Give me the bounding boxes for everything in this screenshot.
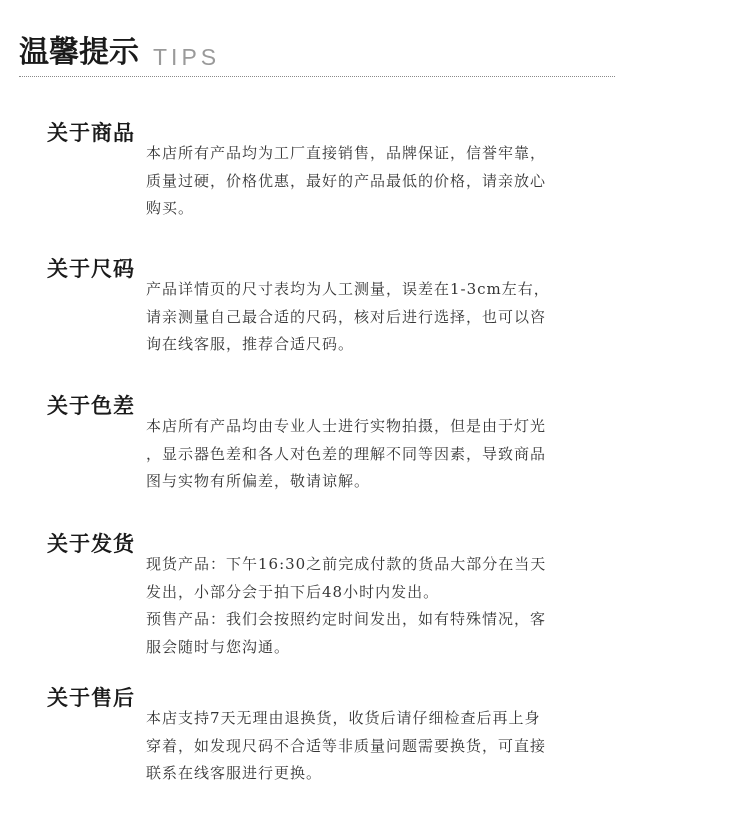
body-line: 询在线客服，推荐合适尺码。 bbox=[146, 331, 550, 359]
section-title: 关于尺码 bbox=[47, 257, 135, 281]
body-line: 现货产品：下午16:30之前完成付款的货品大部分在当天 bbox=[146, 551, 546, 579]
page-subtitle: TIPS bbox=[153, 44, 220, 70]
body-line: 穿着，如发现尺码不合适等非质量问题需要换货，可直接 bbox=[146, 733, 546, 761]
section-body: 本店所有产品均为工厂直接销售，品牌保证，信誉牢靠， 质量过硬，价格优惠，最好的产… bbox=[146, 140, 546, 223]
section-body: 产品详情页的尺寸表均为人工测量，误差在1-3cm左右， 请亲测量自己最合适的尺码… bbox=[146, 276, 550, 359]
body-line: 发出，小部分会于拍下后48小时内发出。 bbox=[146, 579, 546, 607]
body-line: 联系在线客服进行更换。 bbox=[146, 760, 546, 788]
header-divider bbox=[19, 76, 615, 77]
body-line: 预售产品：我们会按照约定时间发出，如有特殊情况，客 bbox=[146, 606, 546, 634]
page-title: 温馨提示 bbox=[19, 36, 139, 70]
body-line: 产品详情页的尺寸表均为人工测量，误差在1-3cm左右， bbox=[146, 276, 550, 304]
section-title: 关于发货 bbox=[47, 532, 135, 556]
body-line: ，显示器色差和各人对色差的理解不同等因素，导致商品 bbox=[146, 441, 546, 469]
section-body: 本店支持7天无理由退换货，收货后请仔细检查后再上身 穿着，如发现尺码不合适等非质… bbox=[146, 705, 546, 788]
body-line: 质量过硬，价格优惠，最好的产品最低的价格，请亲放心 bbox=[146, 168, 546, 196]
body-line: 服会随时与您沟通。 bbox=[146, 634, 546, 662]
section-title: 关于商品 bbox=[47, 121, 135, 145]
tips-header: 温馨提示 TIPS bbox=[19, 36, 615, 78]
body-line: 本店所有产品均由专业人士进行实物拍摄，但是由于灯光 bbox=[146, 413, 546, 441]
section-title: 关于色差 bbox=[47, 394, 135, 418]
section-body: 本店所有产品均由专业人士进行实物拍摄，但是由于灯光 ，显示器色差和各人对色差的理… bbox=[146, 413, 546, 496]
body-line: 本店所有产品均为工厂直接销售，品牌保证，信誉牢靠， bbox=[146, 140, 546, 168]
section-title: 关于售后 bbox=[47, 686, 135, 710]
body-line: 请亲测量自己最合适的尺码，核对后进行选择，也可以咨 bbox=[146, 304, 550, 332]
body-line: 本店支持7天无理由退换货，收货后请仔细检查后再上身 bbox=[146, 705, 546, 733]
section-body: 现货产品：下午16:30之前完成付款的货品大部分在当天 发出，小部分会于拍下后4… bbox=[146, 551, 546, 661]
body-line: 图与实物有所偏差，敬请谅解。 bbox=[146, 468, 546, 496]
body-line: 购买。 bbox=[146, 195, 546, 223]
